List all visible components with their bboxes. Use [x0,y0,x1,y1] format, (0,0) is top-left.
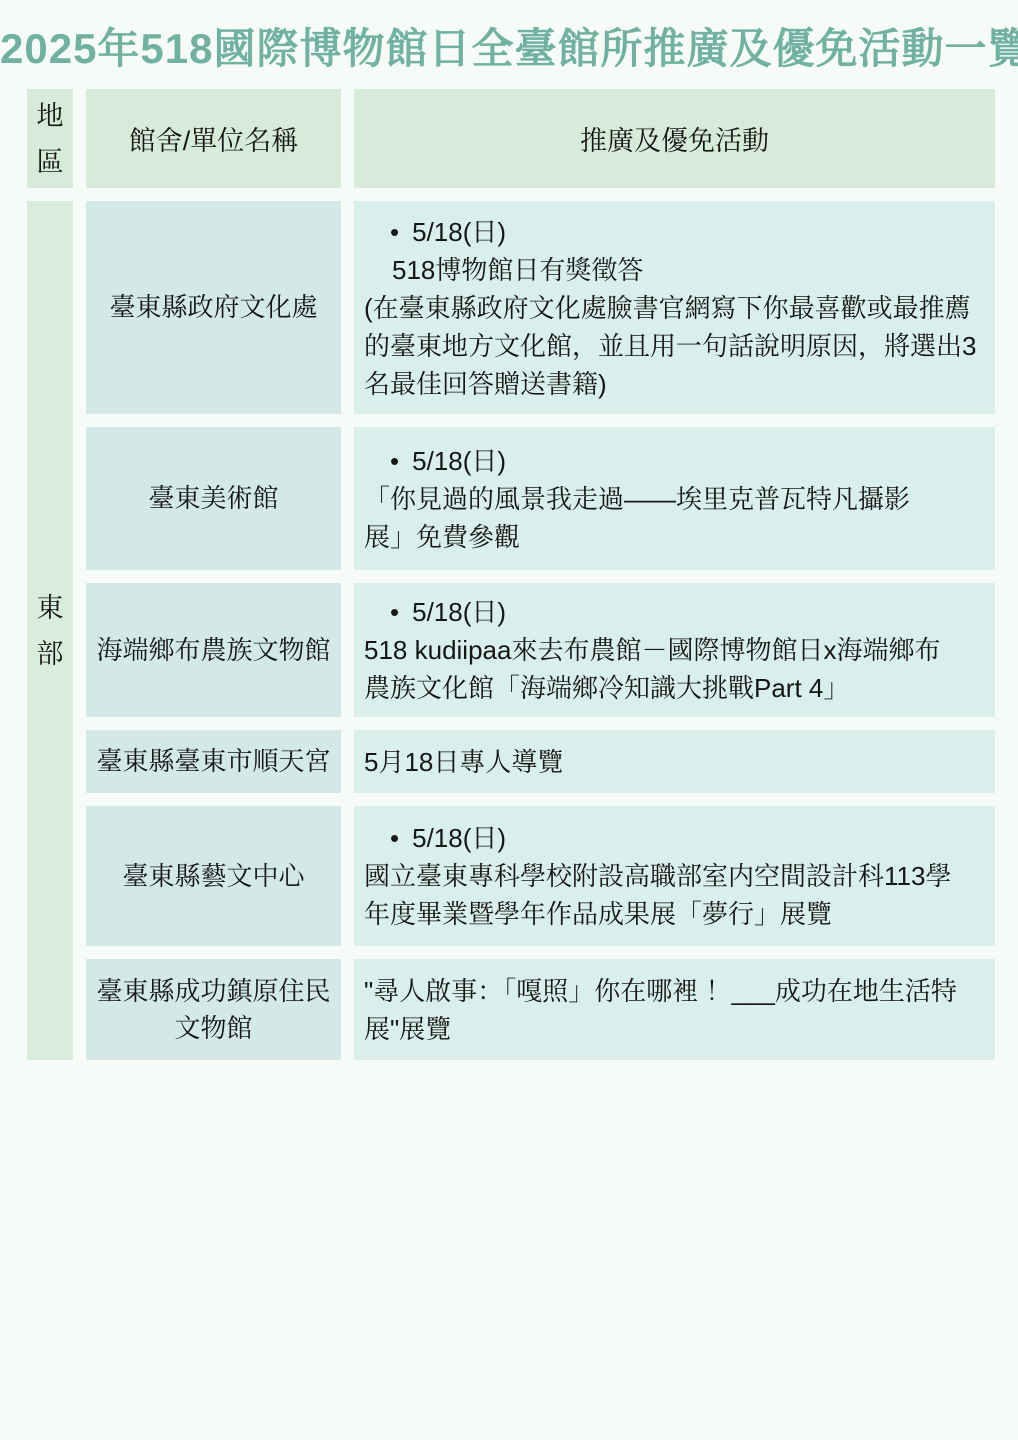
venue-cell: 臺東美術館 [86,427,341,570]
bullet-dot-icon: • [390,819,399,857]
activity-cell: •5/18(日)518 kudiipaa來去布農館－國際博物館日x海端鄉布農族文… [354,583,995,717]
activity-line: 展」免費參觀 [362,518,985,556]
activity-cell: •5/18(日)國立臺東專科學校附設高職部室内空間設計科113學年度畢業暨學年作… [354,806,995,946]
bullet-dot-icon: • [390,213,399,251]
activity-bullet-line: •5/18(日) [362,442,985,480]
activity-line: 農族文化館「海端鄉冷知識大挑戰Part 4」 [362,669,985,707]
header-cell-venue: 館舍/單位名稱 [86,89,341,188]
page-title: 2025年518國際博物館日全臺館所推廣及優免活動一覽 [0,0,1018,76]
activity-bullet-line: •5/18(日) [362,819,985,857]
region-label: 東部 [34,585,66,677]
activity-line: "尋人啟事：「嘎照」你在哪裡 ！___成功在地生活特 [362,972,985,1010]
activity-line: 展"展覽 [362,1010,985,1048]
header-cell-region: 地區 [27,89,73,188]
activity-cell: "尋人啟事：「嘎照」你在哪裡 ！___成功在地生活特展"展覽 [354,959,995,1060]
activity-line: 518 kudiipaa來去布農館－國際博物館日x海端鄉布 [362,631,985,669]
venue-cell: 臺東縣臺東市順天宮 [86,730,341,793]
venue-name: 臺東美術館 [148,480,278,517]
venue-name: 海端鄉布農族文物館 [96,632,330,669]
region-cell-east: 東部 [27,201,73,1060]
activity-date: 5/18(日) [412,217,506,247]
venue-cell: 臺東縣藝文中心 [86,806,341,946]
bullet-dot-icon: • [390,593,399,631]
activity-line: 國立臺東專科學校附設高職部室内空間設計科113學 [362,857,985,895]
activity-line: (在臺東縣政府文化處臉書官網寫下你最喜歡或最推薦 [362,289,985,327]
activity-line: 的臺東地方文化館，並且用一句話說明原因，將選出3 [362,327,985,365]
activity-line: 518博物館日有獎徵答 [362,251,985,289]
header-cell-activity: 推廣及優免活動 [354,89,995,188]
venue-name: 臺東縣臺東市順天宮 [96,743,330,780]
activity-date: 5/18(日) [412,823,506,853]
activity-line: 年度畢業暨學年作品成果展「夢行」展覽 [362,895,985,933]
activity-cell: •5/18(日)518博物館日有獎徵答(在臺東縣政府文化處臉書官網寫下你最喜歡或… [354,201,995,414]
activity-line: 5月18日專人導覽 [362,743,985,781]
venue-name: 臺東縣成功鎮原住民文物館 [95,973,332,1047]
activity-cell: 5月18日專人導覽 [354,730,995,793]
activity-line: 名最佳回答贈送書籍) [362,365,985,403]
venue-cell: 臺東縣成功鎮原住民文物館 [86,959,341,1060]
activity-date: 5/18(日) [412,597,506,627]
activity-bullet-line: •5/18(日) [362,593,985,631]
header-region-label: 地區 [34,93,66,185]
activity-cell: •5/18(日)「你見過的風景我走過——埃里克普瓦特凡攝影展」免費參觀 [354,427,995,570]
activity-bullet-line: •5/18(日) [362,213,985,251]
venue-cell: 臺東縣政府文化處 [86,201,341,414]
activity-table: 地區 館舍/單位名稱 推廣及優免活動 東部 臺東縣政府文化處•5/18(日)51… [27,89,995,1060]
activity-line: 「你見過的風景我走過——埃里克普瓦特凡攝影 [362,480,985,518]
venue-name: 臺東縣藝文中心 [122,858,304,895]
venue-cell: 海端鄉布農族文物館 [86,583,341,717]
activity-date: 5/18(日) [412,446,506,476]
bullet-dot-icon: • [390,442,399,480]
venue-name: 臺東縣政府文化處 [109,289,317,326]
